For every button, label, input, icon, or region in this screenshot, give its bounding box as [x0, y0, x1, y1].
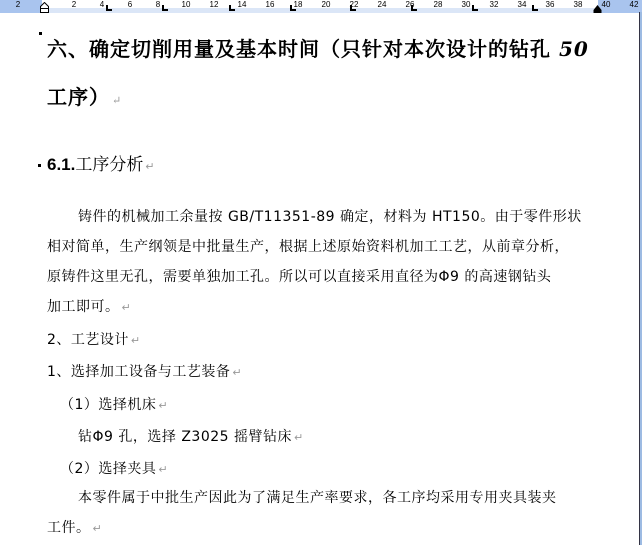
ruler-tick: 42: [630, 0, 639, 9]
ruler-tick: 24: [378, 0, 387, 9]
paragraph-mark-icon: ↵: [93, 522, 103, 535]
ruler-tick: 40: [602, 0, 611, 9]
tab-stop-icon[interactable]: [472, 5, 478, 11]
ruler-tick: 2: [72, 0, 76, 9]
paragraph-mark-icon: ↵: [158, 463, 168, 476]
heading-1-line-2: 工序）↵: [47, 81, 122, 110]
paragraph-mark-icon: ↵: [158, 399, 168, 412]
tab-stop-icon[interactable]: [411, 5, 417, 11]
body-paragraph-2-line-2: 工件。↵: [47, 517, 102, 537]
paragraph-mark-icon: ↵: [294, 431, 304, 444]
ruler-left-margin: [0, 0, 42, 13]
body-paragraph-1-line-4: 加工即可。↵: [47, 296, 131, 316]
machine-selection-text: 钻Φ9 孔，选择 Z3025 摇臂钻床↵: [78, 426, 304, 446]
document-page[interactable]: 六、确定切削用量及基本时间（只针对本次设计的钻孔 50 工序）↵ 6.1.工序分…: [0, 13, 639, 545]
paragraph-mark-icon: ↵: [145, 161, 154, 173]
paragraph-mark-icon: ↵: [122, 301, 132, 314]
tab-stop-icon[interactable]: [106, 5, 112, 11]
left-indent-marker-icon[interactable]: [40, 2, 49, 13]
horizontal-ruler[interactable]: 2 2 4 6 8 10 12 14 16 18 20 22 24 26 28 …: [0, 0, 642, 13]
sub-item-select-fixture: （2）选择夹具↵: [60, 458, 168, 478]
paragraph-mark-icon: ↵: [232, 366, 242, 379]
list-item-process-design: 2、工艺设计↵: [47, 329, 141, 349]
tab-stop-icon[interactable]: [532, 5, 538, 11]
ruler-tick: 12: [210, 0, 219, 9]
ruler-tick: 28: [434, 0, 443, 9]
heading-number: 50: [559, 37, 589, 61]
body-paragraph-1-line-3: 原铸件这里无孔，需要单独加工孔。所以可以直接采用直径为Φ9 的高速钢钻头: [47, 266, 551, 286]
ruler-tick: 30: [462, 0, 471, 9]
list-item-select-equipment: 1、选择加工设备与工艺装备↵: [47, 361, 242, 381]
ruler-tick: 14: [238, 0, 247, 9]
body-paragraph-1-line-2: 相对简单，生产纲领是中批量生产，根据上述原始资料机加工工艺，从前章分析，: [47, 236, 569, 256]
body-paragraph-1-line-1: 铸件的机械加工余量按 GB/T11351-89 确定，材料为 HT150。由于零…: [78, 206, 582, 226]
ruler-tick: 32: [490, 0, 499, 9]
ruler-tick: 36: [546, 0, 555, 9]
ruler-tick: 38: [574, 0, 583, 9]
paragraph-mark-icon: ↵: [112, 94, 122, 107]
heading-2: 6.1.工序分析↵: [47, 150, 155, 175]
right-indent-marker-icon[interactable]: [593, 2, 602, 13]
tab-stop-icon[interactable]: [229, 5, 235, 11]
tab-stop-icon[interactable]: [350, 5, 356, 11]
tab-stop-icon[interactable]: [290, 5, 296, 11]
paragraph-anchor-icon: [39, 32, 42, 35]
ruler-tick: 20: [322, 0, 331, 9]
ruler-tick: 4: [100, 0, 104, 9]
paragraph-mark-icon: ↵: [131, 334, 141, 347]
paragraph-anchor-icon: [38, 164, 41, 167]
heading-1-line-1: 六、确定切削用量及基本时间（只针对本次设计的钻孔 50: [47, 33, 589, 62]
body-paragraph-2-line-1: 本零件属于中批生产因此为了满足生产率要求，各工序均采用专用夹具装夹: [78, 487, 557, 507]
ruler-tick: 2: [16, 0, 20, 9]
ruler-tick: 34: [518, 0, 527, 9]
ruler-tick: 10: [182, 0, 191, 9]
sub-item-select-machine: （1）选择机床↵: [60, 394, 168, 414]
tab-stop-icon[interactable]: [162, 5, 168, 11]
ruler-tick: 6: [128, 0, 132, 9]
ruler-tick: 16: [266, 0, 275, 9]
ruler-tick: 8: [156, 0, 160, 9]
